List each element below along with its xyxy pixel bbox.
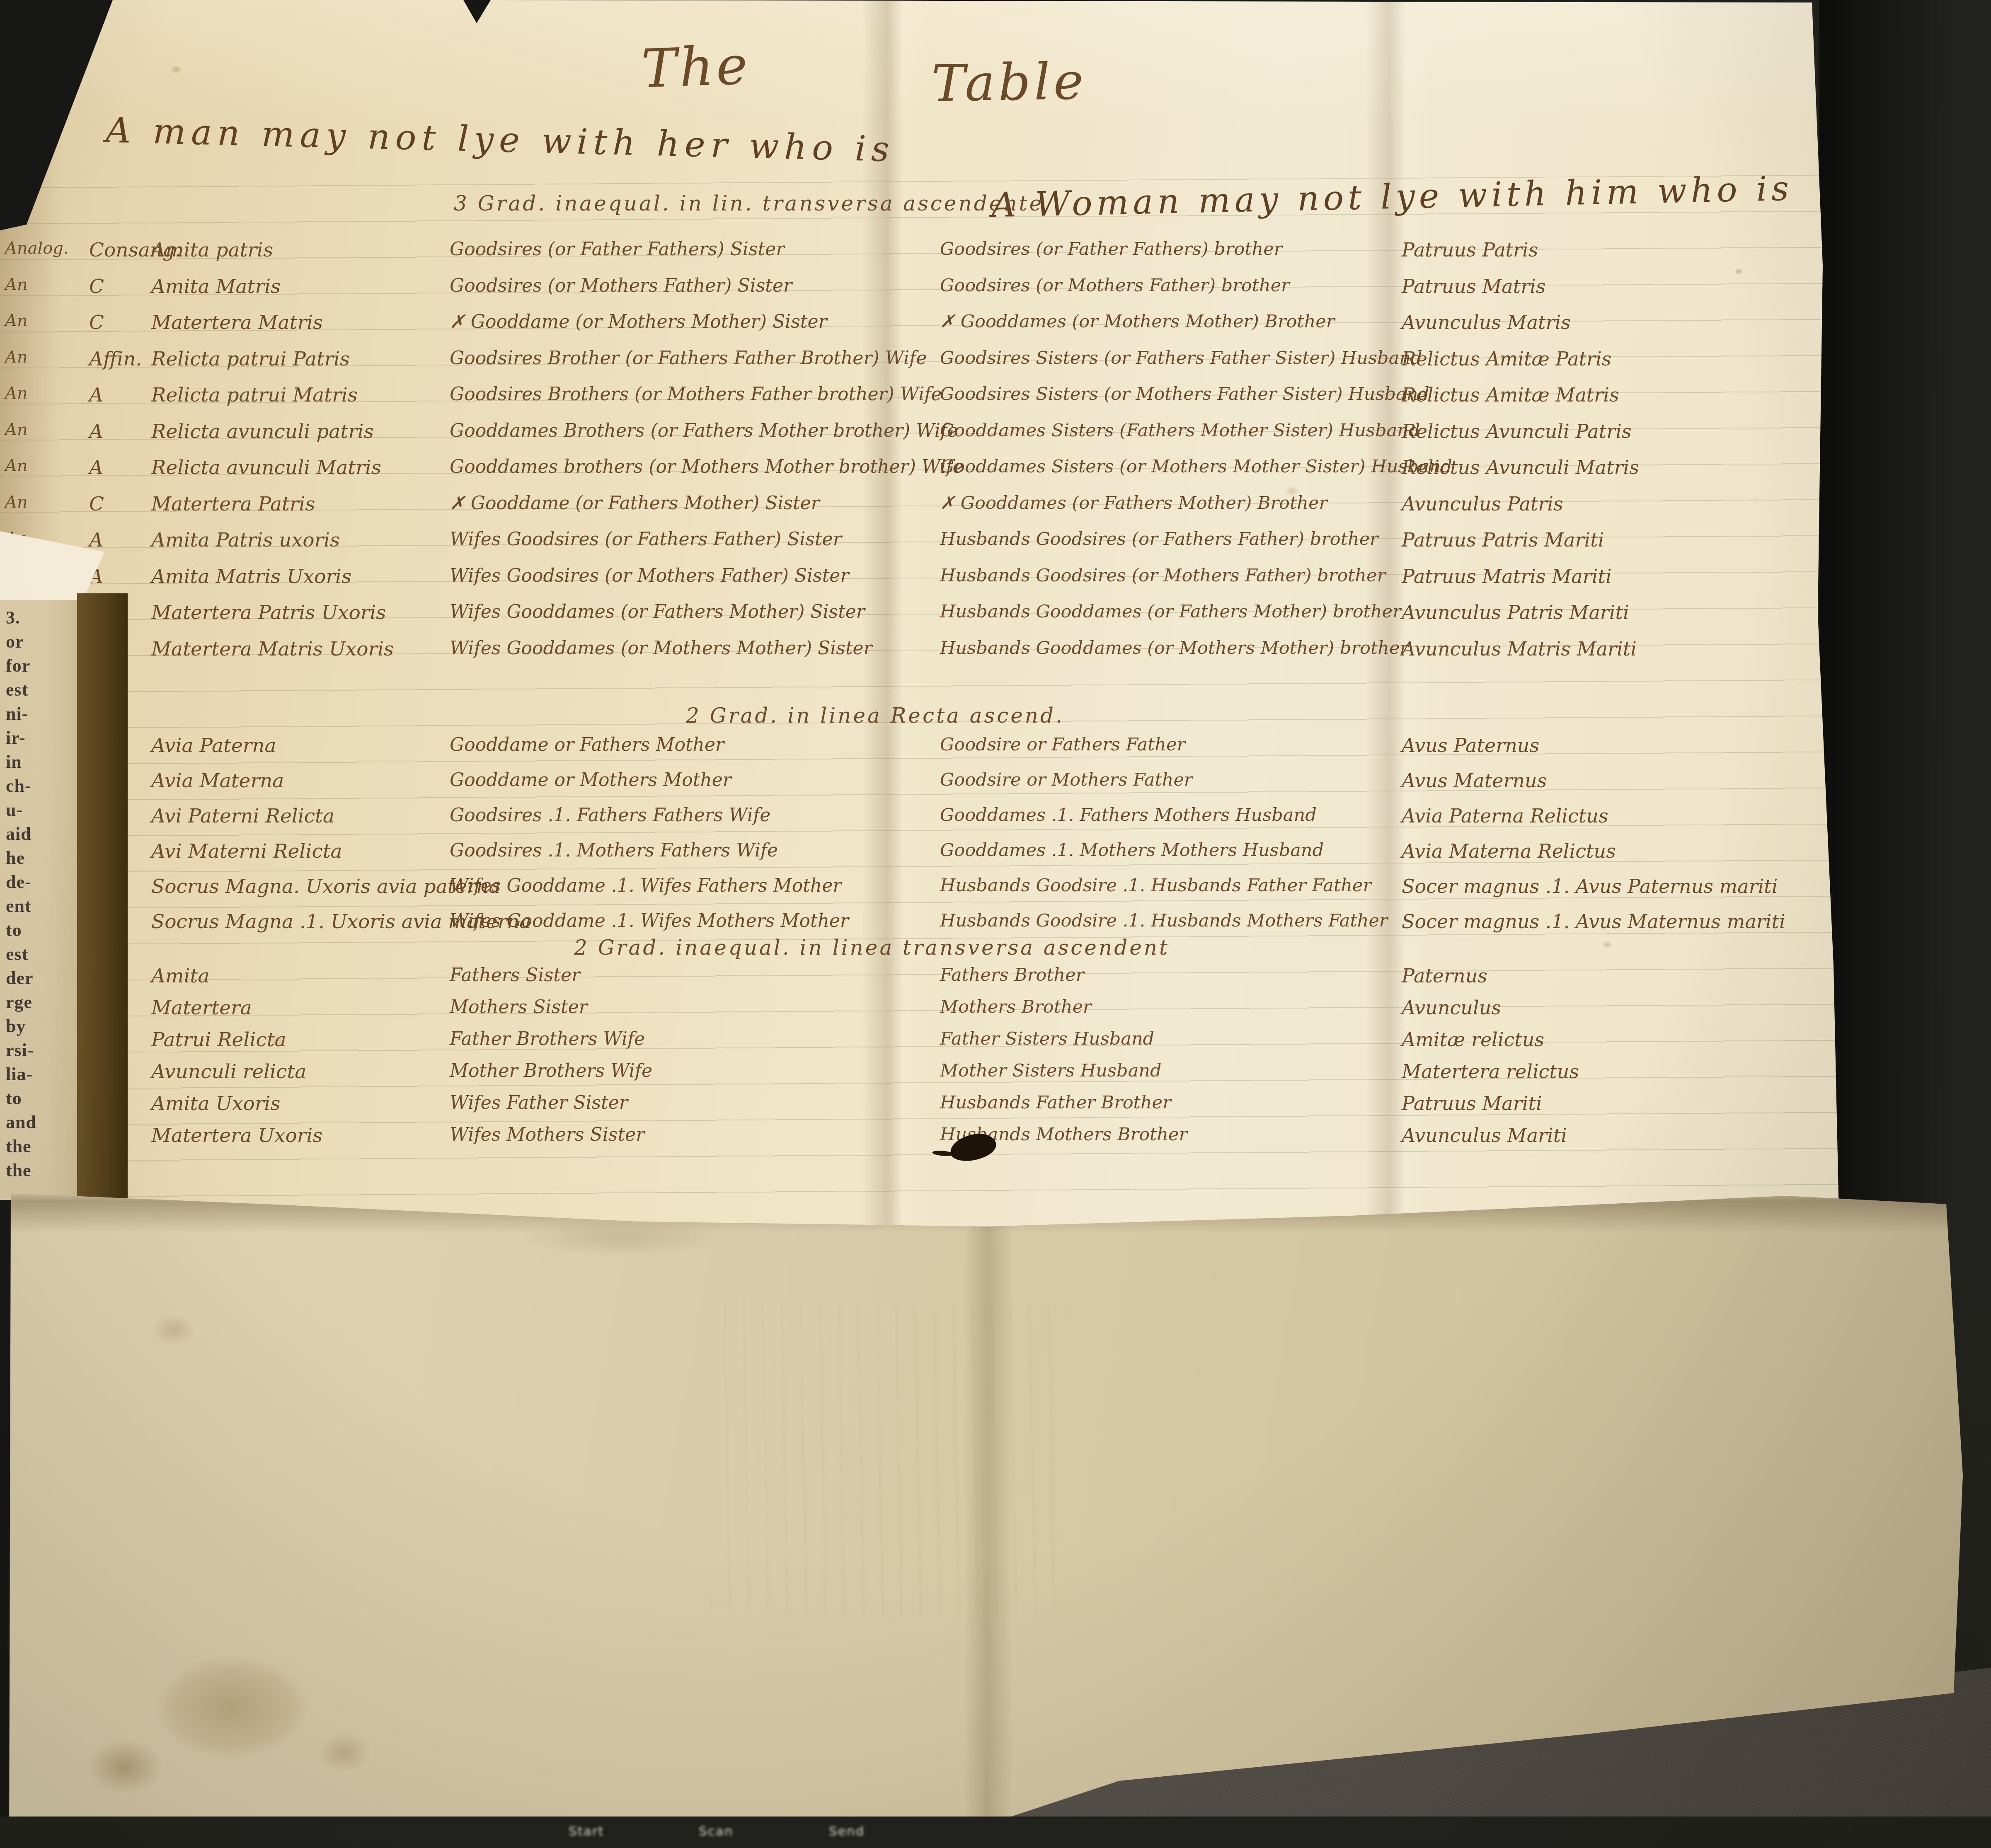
table-row: AAmita UxorisWifes Father SisterHusbands… xyxy=(0,1092,1991,1129)
printed-fragment: ir- xyxy=(0,726,77,750)
woman-relation: ✗ Gooddames (or Mothers Mother) Brother xyxy=(940,311,1335,332)
relation-latin: Amita Patris uxoris xyxy=(151,529,340,551)
man-relation: Wifes Goodsires (or Mothers Father) Sist… xyxy=(450,565,849,586)
man-relation: ✗ Gooddame (or Mothers Mother) Sister xyxy=(450,311,827,332)
printed-fragment: for xyxy=(0,654,77,678)
row-key: A xyxy=(89,456,103,479)
printed-fragment: de- xyxy=(0,870,77,894)
man-relation: Goodsires Brother (or Fathers Father Bro… xyxy=(450,348,927,369)
scanner-scan-button[interactable]: Scan xyxy=(699,1824,733,1839)
row-margin: An xyxy=(5,384,28,403)
table-row: AAvi Materni RelictaGoodsires .1. Mother… xyxy=(0,840,1991,876)
relation-latin: Avia Paterna xyxy=(151,734,276,757)
row-margin: An xyxy=(5,456,28,475)
printed-fragment: est xyxy=(0,678,77,702)
scanner-bed-photo: The Table A man may not lye with her who… xyxy=(0,0,1991,1848)
woman-relation: Goodsires Sisters (or Mothers Father Sis… xyxy=(940,384,1429,404)
woman-latin: Avunculus Mariti xyxy=(1402,1124,1567,1147)
woman-relation: Husbands Goodsires (or Fathers Father) b… xyxy=(940,529,1378,549)
printed-fragment: ent xyxy=(0,894,77,918)
paper-shadow xyxy=(1819,0,1956,1202)
section-header: 2 Grad. inaequal. in linea transversa as… xyxy=(574,936,1170,960)
relation-latin: Amita Matris Uxoris xyxy=(151,565,351,588)
table-row: nrest.CAmitaFathers SisterFathers Brothe… xyxy=(0,965,1991,1001)
printed-fragment: by xyxy=(0,1014,77,1038)
table-row: AAmita Matris UxorisWifes Goodsires (or … xyxy=(0,565,1991,602)
row-margin: An xyxy=(5,493,28,512)
column-header-man: A man may not lye with her who is xyxy=(105,110,895,169)
printed-fragment: rsi- xyxy=(0,1038,77,1062)
man-relation: Gooddame or Mothers Mother xyxy=(450,769,731,791)
relation-latin: Matertera Patris xyxy=(151,493,315,515)
scanner-buttons: StartScanSend xyxy=(0,1817,1991,1848)
table-row: AnARelicta avunculi MatrisGooddames brot… xyxy=(0,456,1991,493)
table-row: AMatertera Patris UxorisWifes Gooddames … xyxy=(0,601,1991,638)
woman-relation: Gooddames .1. Fathers Mothers Husband xyxy=(940,805,1317,825)
relation-latin: Matertera Matris xyxy=(151,311,323,334)
man-relation: Gooddames brothers (or Mothers Mother br… xyxy=(450,456,964,477)
woman-relation: Goodsire or Fathers Father xyxy=(940,734,1185,755)
woman-latin: Avia Paterna Relictus xyxy=(1402,805,1608,827)
man-relation: Wifes Gooddame .1. Wifes Fathers Mother xyxy=(450,875,841,896)
printed-fragment: to xyxy=(0,1086,77,1110)
printed-fragment: to xyxy=(0,918,77,942)
document-title-the: The xyxy=(640,34,751,100)
relation-latin: Relicta patrui Matris xyxy=(151,384,358,406)
row-margin: An xyxy=(5,311,28,330)
woman-relation: Gooddames Sisters (Fathers Mother Sister… xyxy=(940,420,1420,441)
scanner-start-button[interactable]: Start xyxy=(569,1824,604,1839)
row-margin: An xyxy=(5,348,28,367)
woman-latin: Socer magnus .1. Avus Maternus mariti xyxy=(1402,910,1785,933)
relation-latin: Avi Materni Relicta xyxy=(151,840,342,863)
woman-latin: Patruus Matris Mariti xyxy=(1402,565,1612,588)
printed-fragment: 3. xyxy=(0,606,77,630)
table-row: AnARelicta patrui MatrisGoodsires Brothe… xyxy=(0,384,1991,420)
man-relation: Wifes Mothers Sister xyxy=(450,1124,644,1145)
relation-latin: Avunculi relicta xyxy=(151,1060,306,1083)
woman-latin: Paternus xyxy=(1402,965,1487,987)
printed-fragment: ch- xyxy=(0,774,77,798)
printed-page-strip: 3.orforestni-ir-inch-u-aidhede-enttoestd… xyxy=(0,600,77,1200)
table-row: AMatertera Matris UxorisWifes Gooddames … xyxy=(0,638,1991,674)
woman-relation: Husbands Goodsire .1. Husbands Father Fa… xyxy=(940,875,1371,896)
man-relation: Wifes Father Sister xyxy=(450,1092,628,1113)
table-row: AnCMatertera Patris✗ Gooddame (or Father… xyxy=(0,493,1991,529)
row-key: A xyxy=(89,529,103,551)
woman-relation: ✗ Gooddames (or Fathers Mother) Brother xyxy=(940,493,1327,513)
table-row: AnARelicta avunculi patrisGooddames Brot… xyxy=(0,420,1991,457)
table-row: CAvia PaternaGooddame or Fathers MotherG… xyxy=(0,734,1991,771)
relation-latin: Matertera Matris Uxoris xyxy=(151,638,394,660)
woman-latin: Avunculus Matris Mariti xyxy=(1402,638,1637,660)
woman-latin: Avunculus Patris Mariti xyxy=(1402,601,1629,624)
man-relation: Wifes Goodsires (or Fathers Father) Sist… xyxy=(450,529,842,550)
printed-fragment: der xyxy=(0,966,77,990)
woman-relation: Mothers Brother xyxy=(940,997,1092,1017)
printed-fragment: and xyxy=(0,1110,77,1134)
table-row: AnAffin.Relicta patrui PatrisGoodsires B… xyxy=(0,348,1991,384)
document-title-table: Table xyxy=(931,52,1087,114)
printed-fragment: aid xyxy=(0,822,77,846)
table-row: AnCAmita MatrisGoodsires (or Mothers Fat… xyxy=(0,275,1991,312)
table-row: APatrui RelictaFather Brothers WifeFathe… xyxy=(0,1028,1991,1065)
man-relation: Gooddames Brothers (or Fathers Mother br… xyxy=(450,420,958,441)
woman-latin: Relictus Avunculi Matris xyxy=(1402,456,1639,479)
woman-relation: Mother Sisters Husband xyxy=(940,1060,1162,1081)
table-row: Analog.Consang.Amita patrisGoodsires (or… xyxy=(0,239,1991,275)
man-relation: Fathers Sister xyxy=(450,965,580,986)
woman-relation: Husbands Gooddames (or Mothers Mother) b… xyxy=(940,638,1408,658)
row-key: C xyxy=(89,275,104,298)
woman-relation: Goodsires (or Mothers Father) brother xyxy=(940,275,1290,296)
printed-fragment: or xyxy=(0,630,77,654)
row-margin: Analog. xyxy=(5,239,69,258)
woman-relation: Husbands Gooddames (or Fathers Mother) b… xyxy=(940,601,1401,622)
table-row: AnAAmita Patris uxorisWifes Goodsires (o… xyxy=(0,529,1991,565)
woman-latin: Avunculus xyxy=(1402,997,1501,1019)
row-key: C xyxy=(89,493,104,515)
table-row: CAvia MaternaGooddame or Mothers MotherG… xyxy=(0,769,1991,806)
row-key: A xyxy=(89,420,103,443)
row-key: Affin. xyxy=(89,348,142,370)
woman-relation: Goodsires (or Father Fathers) brother xyxy=(940,239,1282,259)
relation-latin: Relicta patrui Patris xyxy=(151,348,350,370)
woman-relation: Husbands Father Brother xyxy=(940,1092,1171,1113)
printed-fragment: the xyxy=(0,1134,77,1159)
man-relation: Wifes Gooddames (or Mothers Mother) Sist… xyxy=(450,638,872,659)
woman-latin: Avunculus Matris xyxy=(1402,311,1571,334)
man-relation: Gooddame or Fathers Mother xyxy=(450,734,724,755)
woman-latin: Relictus Amitæ Patris xyxy=(1402,348,1611,370)
relation-latin: Amita patris xyxy=(151,239,273,261)
ink-showthrough xyxy=(710,1298,1068,1619)
woman-latin: Patruus Matris xyxy=(1402,275,1546,298)
woman-latin: Avunculus Patris xyxy=(1402,493,1563,515)
woman-latin: Matertera relictus xyxy=(1402,1060,1579,1083)
relation-latin: Socrus Magna. Uxoris avia paterna xyxy=(151,875,500,898)
man-relation: Goodsires (or Mothers Father) Sister xyxy=(450,275,792,296)
book-gutter xyxy=(77,593,128,1201)
relation-latin: Amita Uxoris xyxy=(151,1092,280,1115)
printed-fragment: he xyxy=(0,846,77,870)
relation-latin: Matertera Uxoris xyxy=(151,1124,322,1147)
man-relation: Goodsires .1. Fathers Fathers Wife xyxy=(450,805,770,826)
man-relation: Father Brothers Wife xyxy=(450,1028,645,1050)
relation-latin: Relicta avunculi patris xyxy=(151,420,374,443)
table-row: CMaterteraMothers SisterMothers BrotherA… xyxy=(0,997,1991,1033)
relation-latin: Avia Materna xyxy=(151,769,284,792)
man-relation: Mother Brothers Wife xyxy=(450,1060,652,1081)
table-row: AAvi Paterni RelictaGoodsires .1. Father… xyxy=(0,805,1991,841)
relation-latin: Amita Matris xyxy=(151,275,281,298)
section-header: 2 Grad. in linea Recta ascend. xyxy=(686,704,1064,728)
table-row: AAvunculi relictaMother Brothers WifeMot… xyxy=(0,1060,1991,1097)
printed-fragment: u- xyxy=(0,798,77,822)
relation-latin: Avi Paterni Relicta xyxy=(151,805,334,827)
printed-fragment: the xyxy=(0,1159,77,1183)
woman-latin: Relictus Amitæ Matris xyxy=(1402,384,1619,406)
woman-relation: Goodsire or Mothers Father xyxy=(940,769,1192,790)
table-row: 1Socrus Magna. Uxoris avia paternaWifes … xyxy=(0,875,1991,912)
woman-latin: Amitæ relictus xyxy=(1402,1028,1544,1051)
relation-latin: Amita xyxy=(151,965,209,987)
woman-relation: Gooddames Sisters (or Mothers Mother Sis… xyxy=(940,456,1452,477)
woman-latin: Socer magnus .1. Avus Paternus mariti xyxy=(1402,875,1778,897)
table-row: AnCMatertera Matris✗ Gooddame (or Mother… xyxy=(0,311,1991,348)
woman-latin: Patruus Mariti xyxy=(1402,1092,1542,1115)
row-margin: An xyxy=(5,420,28,439)
printed-fragment: lia- xyxy=(0,1062,77,1086)
woman-relation: Husbands Goodsires (or Mothers Father) b… xyxy=(940,565,1385,586)
woman-latin: Avus Maternus xyxy=(1402,769,1547,792)
woman-relation: Goodsires Sisters (or Fathers Father Sis… xyxy=(940,348,1422,368)
woman-relation: Fathers Brother xyxy=(940,965,1084,985)
man-relation: ✗ Gooddame (or Fathers Mother) Sister xyxy=(450,493,820,514)
woman-relation: Husbands Goodsire .1. Husbands Mothers F… xyxy=(940,910,1388,931)
relation-latin: Matertera Patris Uxoris xyxy=(151,601,386,624)
relation-latin: Relicta avunculi Matris xyxy=(151,456,381,479)
man-relation: Wifes Gooddame .1. Wifes Mothers Mother xyxy=(450,910,849,931)
woman-relation: Gooddames .1. Mothers Mothers Husband xyxy=(940,840,1324,861)
row-margin: An xyxy=(5,275,28,294)
man-relation: Goodsires (or Father Fathers) Sister xyxy=(450,239,785,260)
printed-fragment: in xyxy=(0,750,77,774)
man-relation: Mothers Sister xyxy=(450,997,588,1018)
woman-latin: Patruus Patris xyxy=(1402,239,1538,261)
printed-fragment: rge xyxy=(0,990,77,1014)
section-header: 3 Grad. inaequal. in lin. transversa asc… xyxy=(454,191,1044,215)
woman-latin: Relictus Avunculi Patris xyxy=(1402,420,1632,443)
woman-latin: Avia Materna Relictus xyxy=(1402,840,1616,862)
man-relation: Goodsires Brothers (or Mothers Father br… xyxy=(450,384,942,405)
woman-latin: Patruus Patris Mariti xyxy=(1402,529,1604,551)
printed-fragment: est xyxy=(0,942,77,966)
relation-latin: Patrui Relicta xyxy=(151,1028,286,1051)
printed-fragment: ni- xyxy=(0,702,77,726)
relation-latin: Matertera xyxy=(151,997,252,1019)
man-relation: Wifes Gooddames (or Fathers Mother) Sist… xyxy=(450,601,865,622)
woman-relation: Father Sisters Husband xyxy=(940,1028,1154,1049)
scanner-send-button[interactable]: Send xyxy=(829,1824,865,1839)
row-key: C xyxy=(89,311,104,334)
woman-latin: Avus Paternus xyxy=(1402,734,1539,757)
row-key: A xyxy=(89,384,103,406)
man-relation: Goodsires .1. Mothers Fathers Wife xyxy=(450,840,778,861)
